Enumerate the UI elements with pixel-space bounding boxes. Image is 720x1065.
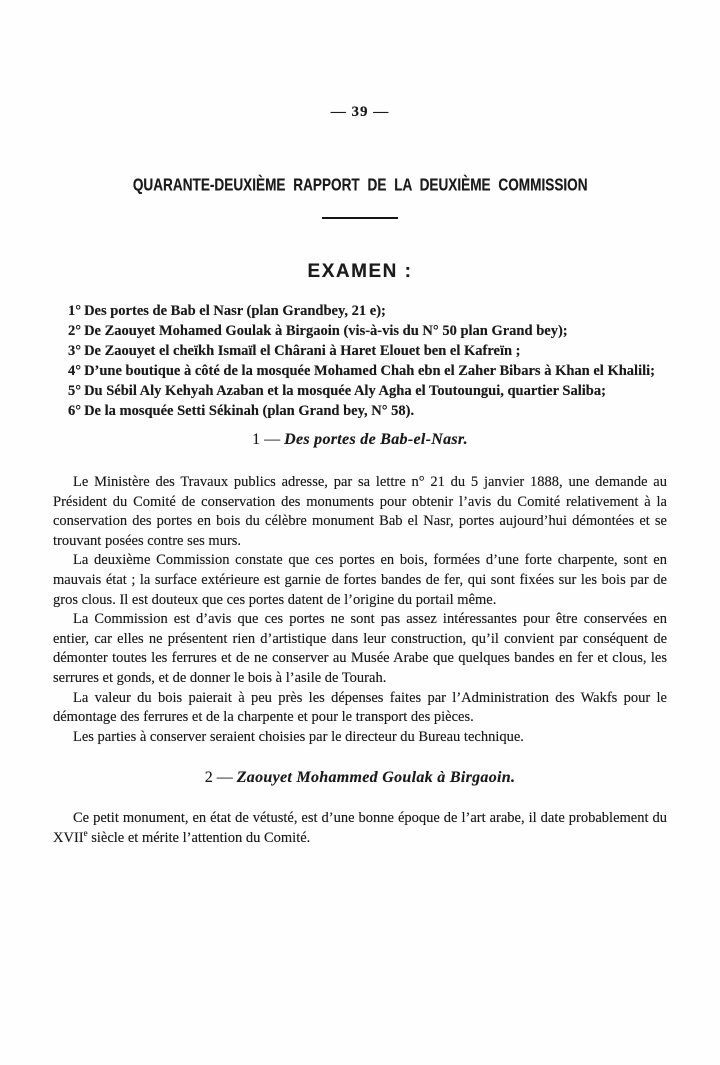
- paragraph-4: La valeur du bois paierait à peu près le…: [53, 689, 667, 728]
- section-number: 1: [252, 431, 260, 448]
- examen-item-4: 4°D’une boutique à côté de la mosquée Mo…: [54, 361, 666, 381]
- section-dash: —: [217, 769, 233, 786]
- item-number: 6°: [68, 403, 81, 419]
- section-title: Des portes de Bab-el-Nasr.: [284, 431, 468, 448]
- paragraph-1: Le Ministère des Travaux publics adresse…: [53, 473, 667, 551]
- section-1-body: Le Ministère des Travaux publics adresse…: [0, 473, 720, 747]
- item-text: De Zaouyet el cheïkh Ismaïl el Chârani à…: [84, 343, 520, 359]
- section-2-body: Ce petit monument, en état de vétusté, e…: [0, 809, 720, 848]
- section-number: 2: [205, 769, 213, 786]
- item-text: Des portes de Bab el Nasr (plan Grandbey…: [84, 303, 386, 319]
- examen-heading: EXAMEN :: [0, 261, 720, 283]
- section-dash: —: [264, 431, 280, 448]
- report-title-text: QUARANTE-DEUXIÈME RAPPORT DE LA DEUXIÈME…: [133, 175, 588, 196]
- examen-item-5: 5°Du Sébil Aly Kehyah Azaban et la mosqu…: [54, 381, 666, 401]
- examen-item-1: 1°Des portes de Bab el Nasr (plan Grandb…: [54, 301, 666, 321]
- section-1-heading: 1 — Des portes de Bab-el-Nasr.: [0, 431, 720, 449]
- document-page: — 39 — QUARANTE-DEUXIÈME RAPPORT DE LA D…: [0, 0, 720, 1065]
- paragraph-3: La Commission est d’avis que ces portes …: [53, 610, 667, 688]
- item-text: Du Sébil Aly Kehyah Azaban et la mosquée…: [84, 383, 606, 399]
- examen-item-2: 2°De Zaouyet Mohamed Goulak à Birgaoin (…: [54, 321, 666, 341]
- report-title: QUARANTE-DEUXIÈME RAPPORT DE LA DEUXIÈME…: [0, 175, 720, 195]
- item-text: De la mosquée Setti Sékinah (plan Grand …: [84, 403, 414, 419]
- title-rule-divider: [322, 217, 398, 219]
- examen-list: 1°Des portes de Bab el Nasr (plan Grandb…: [0, 301, 720, 421]
- examen-item-6: 6°De la mosquée Setti Sékinah (plan Gran…: [54, 401, 666, 421]
- paragraph-6-text-after: siècle et mérite l’attention du Comité.: [88, 830, 311, 846]
- item-text: D’une boutique à côté de la mosquée Moha…: [84, 363, 655, 379]
- item-number: 2°: [68, 323, 81, 339]
- item-number: 4°: [68, 363, 81, 379]
- examen-item-3: 3°De Zaouyet el cheïkh Ismaïl el Chârani…: [54, 341, 666, 361]
- paragraph-6: Ce petit monument, en état de vétusté, e…: [53, 809, 667, 848]
- paragraph-2: La deuxième Commission constate que ces …: [53, 551, 667, 610]
- paragraph-5: Les parties à conserver seraient choisie…: [53, 728, 667, 748]
- section-2-heading: 2 — Zaouyet Mohammed Goulak à Birgaoin.: [0, 769, 720, 787]
- item-number: 5°: [68, 383, 81, 399]
- page-number: — 39 —: [0, 0, 720, 121]
- item-number: 3°: [68, 343, 81, 359]
- item-number: 1°: [68, 303, 81, 319]
- section-title: Zaouyet Mohammed Goulak à Birgaoin.: [237, 769, 516, 786]
- item-text: De Zaouyet Mohamed Goulak à Birgaoin (vi…: [84, 323, 568, 339]
